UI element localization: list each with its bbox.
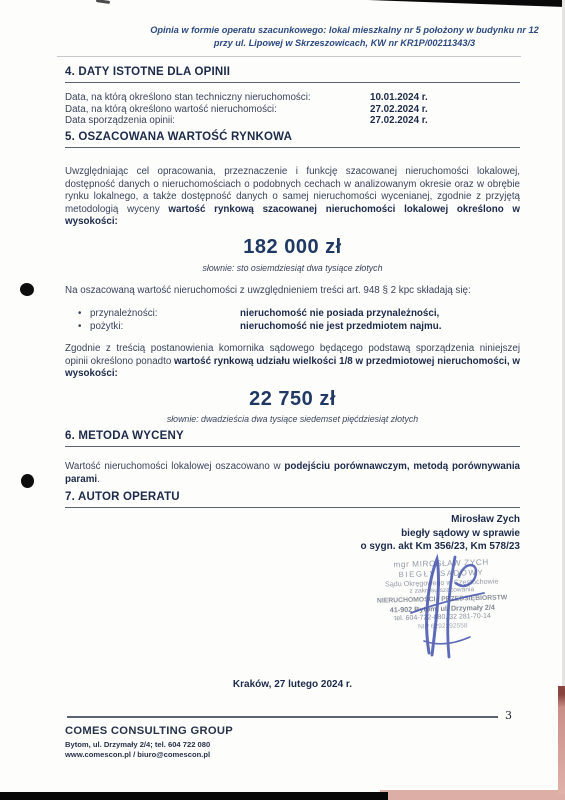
author-case-numbers: o sygn. akt Km 356/23, Km 578/23 [360,540,520,554]
hole-punch-mark-top [19,282,35,297]
valuation-method-paragraph: Wartość nieruchomości lokalowej oszacowa… [65,461,520,486]
section7-heading: 7. AUTOR OPERATU [65,491,520,508]
share-value-amount: 22 750 zł [65,388,520,411]
share-value-paragraph: Zgodnie z treścią postanowienia komornik… [65,343,520,381]
scanned-appraisal-page: Opinia w formie operatu szacunkowego: lo… [0,0,565,800]
date-label: Data sporządzenia opinii: [65,115,370,127]
scan-edge-top-right [368,0,565,7]
date-value: 27.02.2024 r. [370,115,428,127]
bullet-row-profits: • pożytki: nieruchomość nie jest przedmi… [65,320,520,333]
company-name: COMES CONSULTING GROUP [65,725,233,737]
bullet-label: przynależności: [90,307,240,320]
author-name: Mirosław Zych [360,513,520,527]
section4-heading: 4. DATY ISTOTNE DLA OPINII [65,66,520,83]
section6-heading: 6. METODA WYCENY [65,430,520,447]
company-address: Bytom, ul. Drzymały 2/4; tel. 604 722 08… [65,740,233,750]
page-number: 3 [505,709,512,722]
date-row-technical-state: Data, na którą określono stan techniczny… [65,92,520,104]
date-row-opinion-prepared: Data sporządzenia opinii: 27.02.2024 r. [65,115,520,127]
bullet-value: nieruchomość nie posiada przynależności, [240,307,439,320]
date-label: Data, na którą określono stan techniczny… [65,92,370,104]
company-web-email: www.comescon.pl / biuro@comescon.pl [65,750,233,760]
place-and-date-line: Kraków, 27 lutego 2024 r. [65,679,520,690]
section5-heading: 5. OSZACOWANA WARTOŚĆ RYNKOWA [65,131,520,148]
header-divider [57,56,521,57]
bullet-icon: • [65,320,90,333]
company-footer: COMES CONSULTING GROUP Bytom, ul. Drzyma… [65,725,233,759]
scan-edge-right-salmon [558,686,565,794]
bullet-icon: • [65,307,90,320]
date-value: 10.01.2024 r. [370,92,428,104]
bullet-label: pożytki: [90,320,240,333]
scan-edge-bottom-salmon [380,790,565,800]
market-value-in-words: słownie: sto osiemdziesiąt dwa tysiące z… [65,263,520,273]
date-label: Data, na którą określono wartość nieruch… [65,104,370,116]
handwritten-signature [402,553,494,661]
footer-divider [67,716,498,718]
paragraph-text-end: . [97,474,100,485]
components-bullet-list: • przynależności: nieruchomość nie posia… [65,307,520,333]
scan-mark-top [96,0,110,4]
bullet-value: nieruchomość nie jest przedmiotem najmu. [240,320,441,333]
header-line-2: przy ul. Lipowej w Skrzeszowicach, KW nr… [150,37,539,50]
author-block: Mirosław Zych biegły sądowy w sprawie o … [360,513,520,554]
scan-edge-bottom-black [0,792,388,800]
paragraph-text: Wartość nieruchomości lokalowej oszacowa… [65,461,284,472]
hole-punch-mark-bottom [21,474,34,488]
share-value-in-words: słownie: dwadzieścia dwa tysiące siedems… [65,414,520,424]
date-row-value-determined: Data, na którą określono wartość nieruch… [65,104,520,116]
document-running-header: Opinia w formie operatu szacunkowego: lo… [150,24,539,50]
bullet-row-appurtenances: • przynależności: nieruchomość nie posia… [65,307,520,320]
market-value-amount: 182 000 zł [65,236,520,259]
valuation-intro-paragraph: Uwzględniając cel opracowania, przeznacz… [65,166,520,229]
components-intro-paragraph: Na oszacowaną wartość nieruchomości z uw… [65,285,520,298]
date-value: 27.02.2024 r. [370,104,428,116]
header-line-1: Opinia w formie operatu szacunkowego: lo… [150,24,539,37]
author-role: biegły sądowy w sprawie [360,527,520,541]
important-dates-list: Data, na którą określono stan techniczny… [65,92,520,127]
